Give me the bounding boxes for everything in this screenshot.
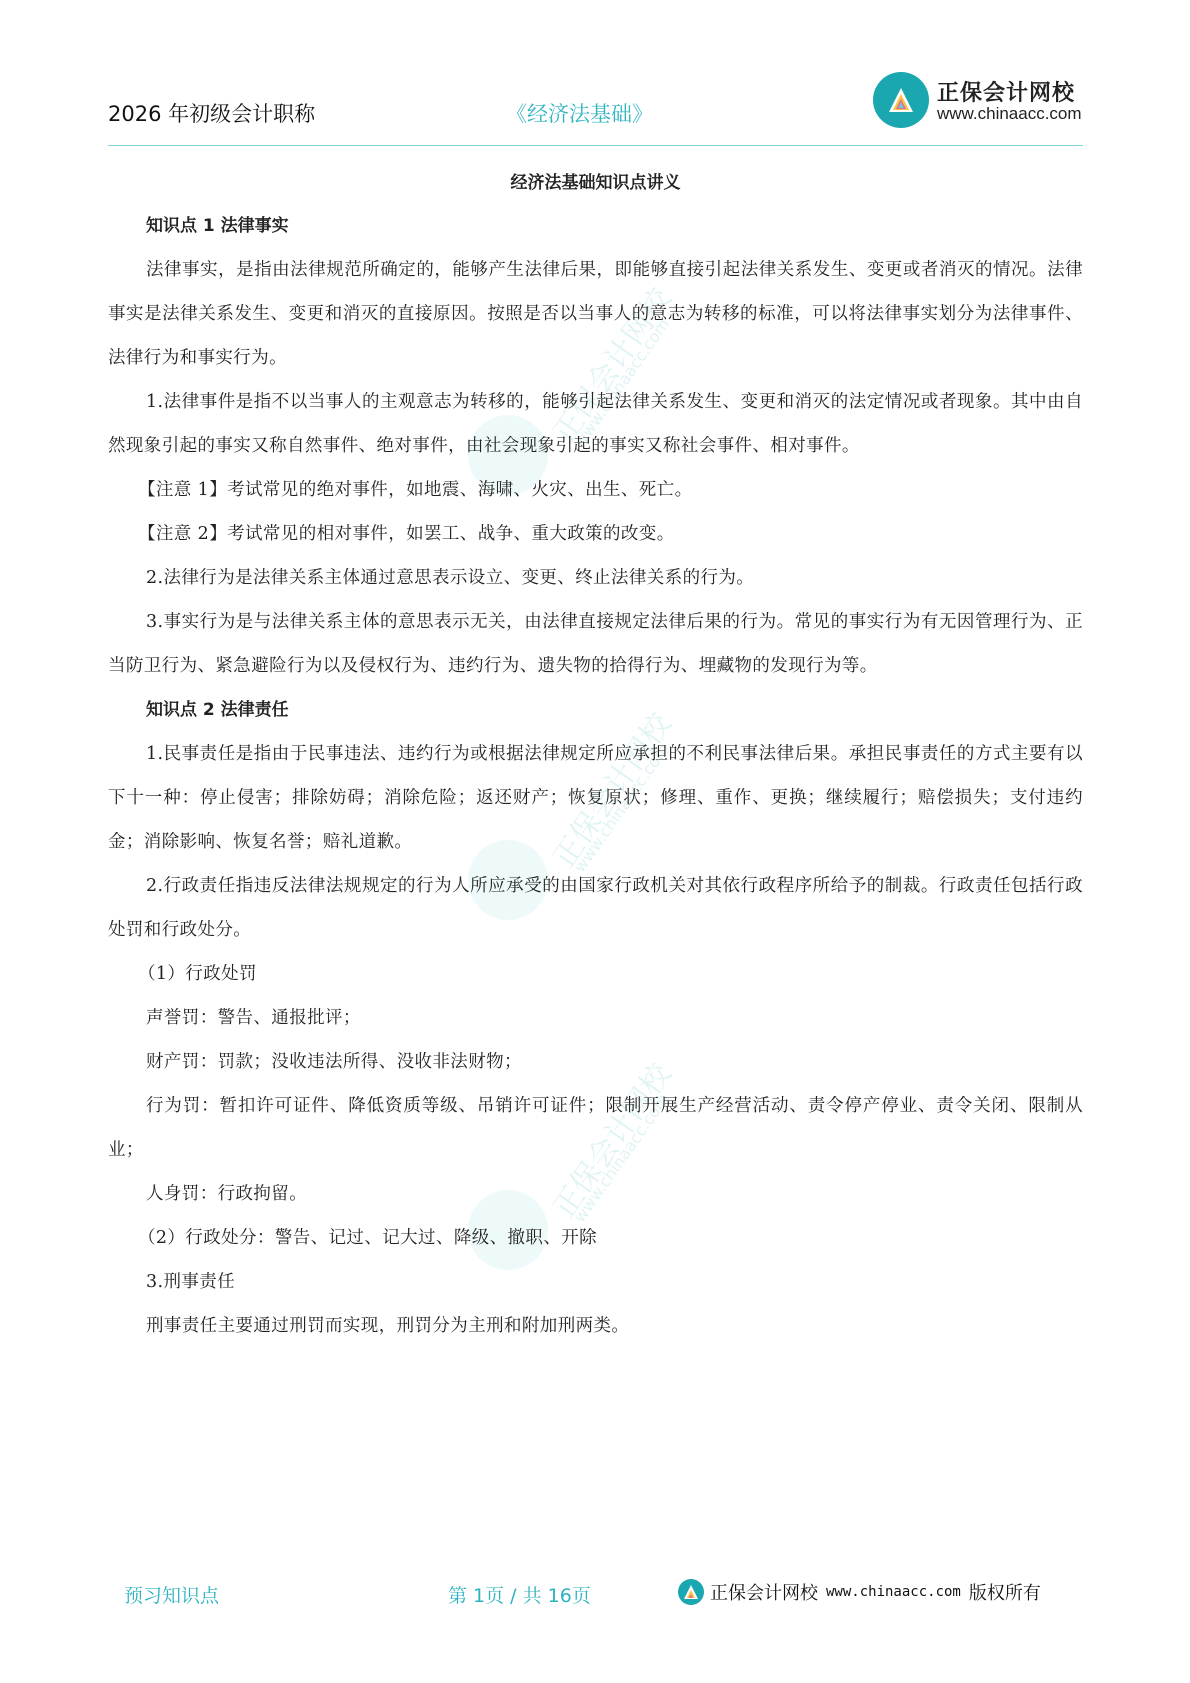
subject-title: 《经济法基础》 bbox=[506, 98, 653, 128]
list-item: 财产罚：罚款；没收违法所得、没收非法财物； bbox=[108, 1040, 1083, 1084]
document-title: 经济法基础知识点讲义 bbox=[108, 162, 1083, 204]
brand-name: 正保会计网校 bbox=[937, 76, 1075, 107]
paragraph: 2.行政责任指违反法律法规规定的行为人所应承受的由国家行政机关对其依行政程序所给… bbox=[108, 864, 1083, 952]
paragraph: 刑事责任主要通过刑罚而实现，刑罚分为主刑和附加刑两类。 bbox=[108, 1304, 1083, 1348]
document-body: 经济法基础知识点讲义 知识点 1 法律事实 法律事实，是指由法律规范所确定的，能… bbox=[108, 162, 1083, 1348]
footer-rights: 版权所有 bbox=[969, 1579, 1041, 1605]
subheading: 3.刑事责任 bbox=[108, 1260, 1083, 1304]
chinaacc-logo-icon bbox=[873, 72, 929, 128]
section-heading: 知识点 1 法律事实 bbox=[108, 204, 1083, 248]
note: 【注意 1】考试常见的绝对事件，如地震、海啸、火灾、出生、死亡。 bbox=[108, 468, 1083, 512]
paragraph: 3.事实行为是与法律关系主体的意思表示无关，由法律直接规定法律后果的行为。常见的… bbox=[108, 600, 1083, 688]
paragraph: 1.民事责任是指由于民事违法、违约行为或根据法律规定所应承担的不利民事法律后果。… bbox=[108, 732, 1083, 864]
brand-logo: 正保会计网校 www.chinaacc.com bbox=[873, 72, 1083, 132]
page-header: 2026 年初级会计职称 《经济法基础》 正保会计网校 www.chinaacc… bbox=[108, 62, 1083, 146]
footer-url: www.chinaacc.com bbox=[826, 1584, 961, 1600]
paragraph: 1.法律事件是指不以当事人的主观意志为转移的，能够引起法律关系发生、变更和消灭的… bbox=[108, 380, 1083, 468]
paragraph: 法律事实，是指由法律规范所确定的，能够产生法律后果，即能够直接引起法律关系发生、… bbox=[108, 248, 1083, 380]
chinaacc-logo-icon bbox=[678, 1579, 704, 1605]
subheading: （2）行政处分：警告、记过、记大过、降级、撤职、开除 bbox=[108, 1216, 1083, 1260]
list-item: 人身罚：行政拘留。 bbox=[108, 1172, 1083, 1216]
footer-copyright: 正保会计网校 www.chinaacc.com 版权所有 bbox=[678, 1575, 1041, 1609]
list-item: 声誉罚：警告、通报批评； bbox=[108, 996, 1083, 1040]
paragraph: 2.法律行为是法律关系主体通过意思表示设立、变更、终止法律关系的行为。 bbox=[108, 556, 1083, 600]
section-heading: 知识点 2 法律责任 bbox=[108, 688, 1083, 732]
footer-category: 预习知识点 bbox=[124, 1581, 219, 1608]
subheading: （1）行政处罚 bbox=[108, 952, 1083, 996]
footer-brand: 正保会计网校 bbox=[710, 1579, 818, 1605]
header-divider bbox=[108, 145, 1083, 146]
brand-url: www.chinaacc.com bbox=[937, 104, 1082, 124]
page-indicator: 第 1页 / 共 16页 bbox=[448, 1581, 591, 1608]
exam-label: 2026 年初级会计职称 bbox=[108, 98, 315, 128]
note: 【注意 2】考试常见的相对事件，如罢工、战争、重大政策的改变。 bbox=[108, 512, 1083, 556]
list-item: 行为罚：暂扣许可证件、降低资质等级、吊销许可证件；限制开展生产经营活动、责令停产… bbox=[108, 1084, 1083, 1172]
page-footer: 预习知识点 第 1页 / 共 16页 正保会计网校 www.chinaacc.c… bbox=[108, 1573, 1083, 1613]
